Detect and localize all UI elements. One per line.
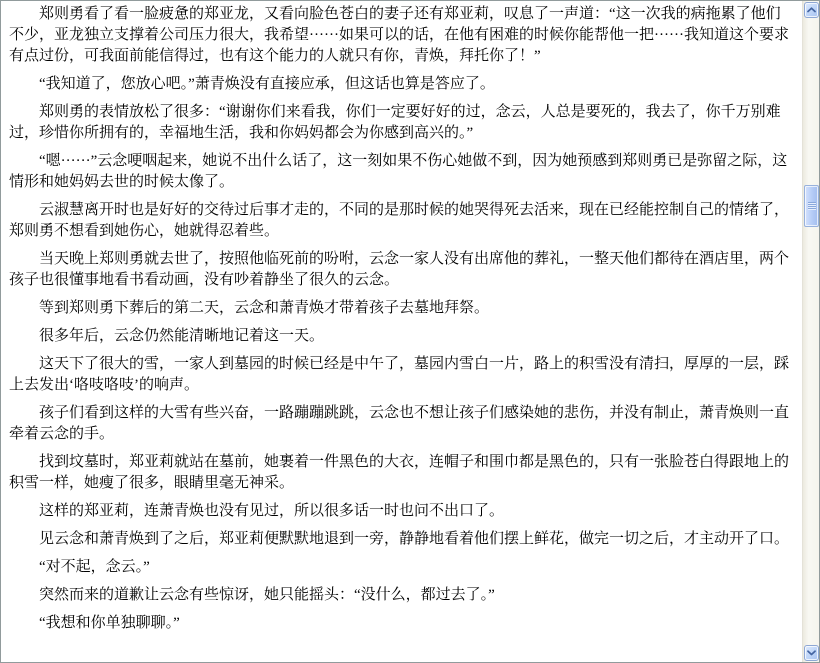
paragraph: 等到郑则勇下葬后的第二天，云念和萧青焕才带着孩子去墓地拜祭。 (9, 298, 792, 319)
paragraph: 孩子们看到这样的大雪有些兴奋，一路蹦蹦跳跳，云念也不想让孩子们感染她的悲伤，并没… (9, 403, 792, 445)
paragraph: 找到坟墓时，郑亚莉就站在墓前，她裹着一件黑色的大衣，连帽子和围巾都是黑色的，只有… (9, 452, 792, 494)
chevron-up-icon (807, 7, 816, 13)
text-reader-page: 郑则勇看了看一脸疲惫的郑亚龙，又看向脸色苍白的妻子还有郑亚莉，叹息了一声道：“这… (0, 0, 820, 663)
scroll-up-button[interactable] (804, 2, 819, 18)
paragraph: “我知道了，您放心吧。”萧青焕没有直接应承，但这话也算是答应了。 (9, 74, 792, 95)
paragraph: 郑则勇看了看一脸疲惫的郑亚龙，又看向脸色苍白的妻子还有郑亚莉，叹息了一声道：“这… (9, 4, 792, 67)
paragraph: 这样的郑亚莉，连萧青焕也没有见过，所以很多话一时也问不出口了。 (9, 501, 792, 522)
paragraph: 云淑慧离开时也是好好的交待过后事才走的，不同的是那时候的她哭得死去活来，现在已经… (9, 200, 792, 242)
vertical-scrollbar[interactable] (802, 1, 819, 662)
paragraph: 很多年后，云念仍然能清晰地记着这一天。 (9, 326, 792, 347)
chevron-down-icon (807, 650, 816, 656)
paragraph: 突然而来的道歉让云念有些惊讶，她只能摇头：“没什么，都过去了。” (9, 585, 792, 606)
scrollbar-grip-icon (808, 202, 816, 210)
paragraph: 见云念和萧青焕到了之后，郑亚莉便默默地退到一旁，静静地看着他们摆上鲜花，做完一切… (9, 529, 792, 550)
scrollbar-thumb[interactable] (804, 185, 819, 227)
paragraph: “嗯······”云念哽咽起来，她说不出什么话了，这一刻如果不伤心她做不到，因为… (9, 151, 792, 193)
paragraph: “对不起，念云。” (9, 557, 792, 578)
paragraph: “我想和你单独聊聊。” (9, 613, 792, 634)
paragraph: 当天晚上郑则勇就去世了，按照他临死前的吩咐，云念一家人没有出席他的葬礼，一整天他… (9, 249, 792, 291)
paragraph: 这天下了很大的雪，一家人到墓园的时候已经是中午了，墓园内雪白一片，路上的积雪没有… (9, 354, 792, 396)
document-content: 郑则勇看了看一脸疲惫的郑亚龙，又看向脸色苍白的妻子还有郑亚莉，叹息了一声道：“这… (1, 1, 802, 661)
paragraph: 郑则勇的表情放松了很多：“谢谢你们来看我，你们一定要好好的过，念云，人总是要死的… (9, 102, 792, 144)
scroll-down-button[interactable] (804, 645, 819, 661)
